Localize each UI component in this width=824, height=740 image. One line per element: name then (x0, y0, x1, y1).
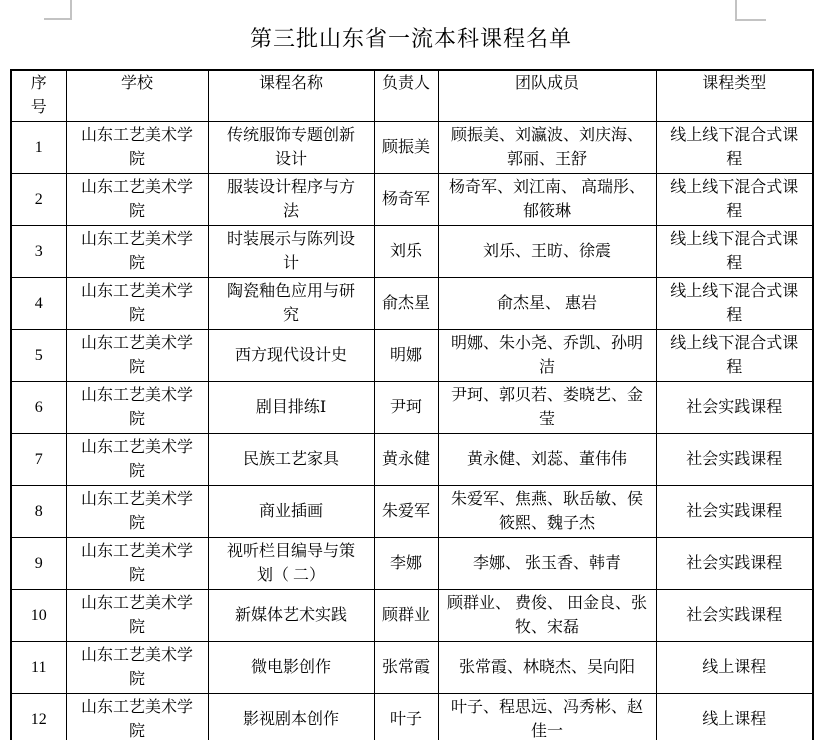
cell-team-members: 顾群业、 费俊、 田金良、张牧、宋磊 (438, 590, 656, 642)
cell-team-members: 张常霞、林晓杰、吴向阳 (438, 642, 656, 694)
cell-school: 山东工艺美术学院 (66, 174, 208, 226)
cell-row-number: 2 (11, 174, 66, 226)
cell-course-name: 西方现代设计史 (208, 330, 374, 382)
cell-leader: 张常霞 (374, 642, 438, 694)
header-leader: 负责人 (374, 70, 438, 122)
cell-team-members: 叶子、程思远、冯秀彬、赵佳一 (438, 694, 656, 740)
cell-team-members: 明娜、朱小尧、乔凯、孙明洁 (438, 330, 656, 382)
cell-team-members: 杨奇军、刘江南、 高瑞彤、郁筱琳 (438, 174, 656, 226)
cell-course-name: 时装展示与陈列设计 (208, 226, 374, 278)
cell-row-number: 4 (11, 278, 66, 330)
cell-course-type: 社会实践课程 (656, 538, 813, 590)
header-team: 团队成员 (438, 70, 656, 122)
cell-course-name: 民族工艺家具 (208, 434, 374, 486)
cell-course-name: 陶瓷釉色应用与研究 (208, 278, 374, 330)
header-course: 课程名称 (208, 70, 374, 122)
cell-course-type: 线上线下混合式课程 (656, 122, 813, 174)
cell-course-type: 社会实践课程 (656, 382, 813, 434)
cell-row-number: 3 (11, 226, 66, 278)
cell-school: 山东工艺美术学院 (66, 642, 208, 694)
cell-school: 山东工艺美术学院 (66, 434, 208, 486)
cell-leader: 顾振美 (374, 122, 438, 174)
cell-course-name: 微电影创作 (208, 642, 374, 694)
table-row: 1 山东工艺美术学院 传统服饰专题创新设计 顾振美 顾振美、刘瀛波、刘庆海、郭丽… (11, 122, 813, 174)
cell-row-number: 10 (11, 590, 66, 642)
cell-school: 山东工艺美术学院 (66, 122, 208, 174)
cell-school: 山东工艺美术学院 (66, 538, 208, 590)
cell-row-number: 11 (11, 642, 66, 694)
table-row: 2 山东工艺美术学院 服装设计程序与方法 杨奇军 杨奇军、刘江南、 高瑞彤、郁筱… (11, 174, 813, 226)
cell-team-members: 李娜、 张玉香、韩青 (438, 538, 656, 590)
cell-row-number: 12 (11, 694, 66, 740)
cell-row-number: 9 (11, 538, 66, 590)
table-row: 4 山东工艺美术学院 陶瓷釉色应用与研究 俞杰星 俞杰星、 惠岩 线上线下混合式… (11, 278, 813, 330)
document-page: 第三批山东省一流本科课程名单 序号 学校 课程名称 负责人 团队成员 课程类型 … (0, 0, 824, 740)
cell-team-members: 顾振美、刘瀛波、刘庆海、郭丽、王舒 (438, 122, 656, 174)
cell-row-number: 8 (11, 486, 66, 538)
cell-course-name: 传统服饰专题创新设计 (208, 122, 374, 174)
cell-course-type: 线上课程 (656, 642, 813, 694)
page-title: 第三批山东省一流本科课程名单 (10, 24, 812, 53)
cell-course-name: 影视剧本创作 (208, 694, 374, 740)
table-body: 1 山东工艺美术学院 传统服饰专题创新设计 顾振美 顾振美、刘瀛波、刘庆海、郭丽… (11, 122, 813, 740)
table-row: 7 山东工艺美术学院 民族工艺家具 黄永健 黄永健、刘蕊、董伟伟 社会实践课程 (11, 434, 813, 486)
cell-school: 山东工艺美术学院 (66, 278, 208, 330)
cell-school: 山东工艺美术学院 (66, 382, 208, 434)
table-row: 10 山东工艺美术学院 新媒体艺术实践 顾群业 顾群业、 费俊、 田金良、张牧、… (11, 590, 813, 642)
header-type: 课程类型 (656, 70, 813, 122)
cell-row-number: 6 (11, 382, 66, 434)
cell-course-name: 新媒体艺术实践 (208, 590, 374, 642)
page-margin-mark-left (44, 0, 72, 20)
cell-course-name: 商业插画 (208, 486, 374, 538)
cell-leader: 俞杰星 (374, 278, 438, 330)
cell-leader: 叶子 (374, 694, 438, 740)
cell-team-members: 俞杰星、 惠岩 (438, 278, 656, 330)
table-row: 12 山东工艺美术学院 影视剧本创作 叶子 叶子、程思远、冯秀彬、赵佳一 线上课… (11, 694, 813, 740)
cell-team-members: 黄永健、刘蕊、董伟伟 (438, 434, 656, 486)
cell-school: 山东工艺美术学院 (66, 590, 208, 642)
cell-team-members: 尹珂、郭贝若、娄晓艺、金莹 (438, 382, 656, 434)
table-row: 8 山东工艺美术学院 商业插画 朱爱军 朱爱军、焦燕、耿岳敏、侯筱熙、魏子杰 社… (11, 486, 813, 538)
cell-leader: 刘乐 (374, 226, 438, 278)
cell-leader: 顾群业 (374, 590, 438, 642)
cell-leader: 李娜 (374, 538, 438, 590)
cell-course-type: 社会实践课程 (656, 590, 813, 642)
cell-row-number: 5 (11, 330, 66, 382)
cell-leader: 杨奇军 (374, 174, 438, 226)
cell-course-type: 线上线下混合式课程 (656, 174, 813, 226)
cell-leader: 黄永健 (374, 434, 438, 486)
course-table: 序号 学校 课程名称 负责人 团队成员 课程类型 1 山东工艺美术学院 传统服饰… (10, 69, 814, 740)
cell-team-members: 刘乐、王昉、徐震 (438, 226, 656, 278)
header-school: 学校 (66, 70, 208, 122)
cell-course-type: 线上课程 (656, 694, 813, 740)
cell-row-number: 7 (11, 434, 66, 486)
table-row: 9 山东工艺美术学院 视听栏目编导与策划（ 二） 李娜 李娜、 张玉香、韩青 社… (11, 538, 813, 590)
cell-course-type: 线上线下混合式课程 (656, 278, 813, 330)
cell-course-name: 服装设计程序与方法 (208, 174, 374, 226)
cell-team-members: 朱爱军、焦燕、耿岳敏、侯筱熙、魏子杰 (438, 486, 656, 538)
header-row: 序号 学校 课程名称 负责人 团队成员 课程类型 (11, 70, 813, 122)
cell-course-type: 线上线下混合式课程 (656, 330, 813, 382)
cell-school: 山东工艺美术学院 (66, 330, 208, 382)
table-row: 3 山东工艺美术学院 时装展示与陈列设计 刘乐 刘乐、王昉、徐震 线上线下混合式… (11, 226, 813, 278)
table-row: 5 山东工艺美术学院 西方现代设计史 明娜 明娜、朱小尧、乔凯、孙明洁 线上线下… (11, 330, 813, 382)
table-row: 11 山东工艺美术学院 微电影创作 张常霞 张常霞、林晓杰、吴向阳 线上课程 (11, 642, 813, 694)
cell-leader: 尹珂 (374, 382, 438, 434)
cell-row-number: 1 (11, 122, 66, 174)
cell-course-type: 社会实践课程 (656, 486, 813, 538)
page-margin-mark-right (735, 0, 766, 21)
cell-school: 山东工艺美术学院 (66, 486, 208, 538)
cell-leader: 明娜 (374, 330, 438, 382)
header-no: 序号 (11, 70, 66, 122)
cell-course-name: 剧目排练Ⅰ (208, 382, 374, 434)
table-row: 6 山东工艺美术学院 剧目排练Ⅰ 尹珂 尹珂、郭贝若、娄晓艺、金莹 社会实践课程 (11, 382, 813, 434)
cell-school: 山东工艺美术学院 (66, 694, 208, 740)
cell-course-type: 线上线下混合式课程 (656, 226, 813, 278)
cell-school: 山东工艺美术学院 (66, 226, 208, 278)
cell-course-type: 社会实践课程 (656, 434, 813, 486)
cell-leader: 朱爱军 (374, 486, 438, 538)
cell-course-name: 视听栏目编导与策划（ 二） (208, 538, 374, 590)
